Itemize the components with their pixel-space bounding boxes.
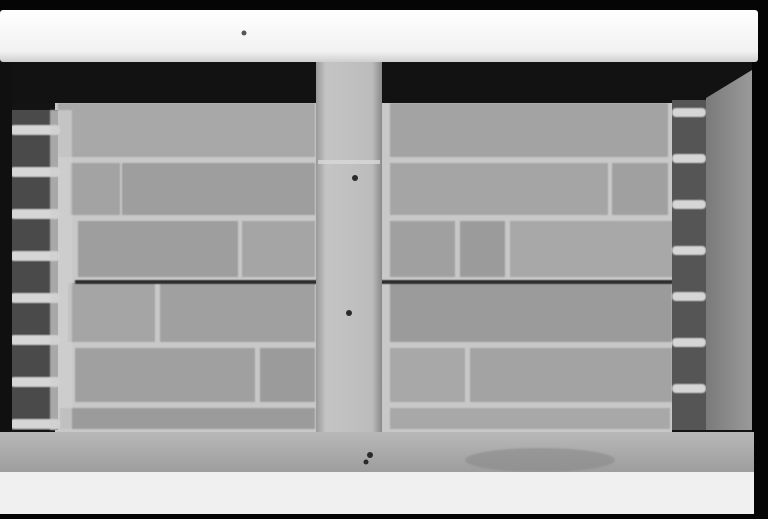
right-old-bricks — [672, 100, 706, 430]
nail-hole — [346, 310, 352, 316]
left-edge-shadow — [0, 60, 12, 440]
brick — [390, 103, 668, 157]
bottom-board — [0, 472, 754, 516]
top-beam — [0, 10, 758, 62]
top-shadow — [8, 58, 758, 103]
sill-nail-hole — [364, 460, 369, 465]
left-mortar-edge — [50, 110, 72, 430]
brick — [612, 163, 668, 215]
wooden-post — [316, 62, 382, 440]
brick — [242, 221, 315, 277]
top-film-edge — [0, 0, 768, 10]
brick — [260, 348, 315, 402]
right-mortar — [672, 292, 706, 301]
post-highlight — [318, 160, 380, 164]
nail-hole — [352, 175, 358, 181]
right-mortar — [672, 108, 706, 117]
right-mortar — [672, 200, 706, 209]
brick — [68, 283, 155, 342]
brick — [58, 103, 315, 157]
bottom-film-edge — [0, 514, 768, 519]
brick — [70, 163, 120, 215]
brick — [390, 408, 670, 429]
brick — [78, 221, 238, 277]
lower-sill — [0, 432, 754, 474]
brick — [390, 163, 608, 215]
brick — [60, 408, 315, 429]
right-mortar — [672, 338, 706, 347]
brick — [160, 283, 315, 342]
right-mortar — [672, 384, 706, 393]
brick — [510, 221, 680, 277]
brick-wall-scene — [0, 0, 768, 519]
brick — [390, 221, 455, 277]
brick — [460, 221, 505, 277]
right-wall-panel — [706, 70, 752, 430]
beam-nail-hole — [242, 31, 247, 36]
photograph: Black-and-white photograph of an old bri… — [0, 0, 768, 519]
brick — [122, 163, 315, 215]
sill-nail-hole — [367, 452, 373, 458]
brick — [390, 348, 465, 402]
sill-stain — [465, 448, 615, 472]
brick — [470, 348, 672, 402]
brick — [390, 283, 672, 342]
right-mortar — [672, 246, 706, 255]
right-film-edge — [752, 0, 768, 519]
right-mortar — [672, 154, 706, 163]
brick — [75, 348, 255, 402]
